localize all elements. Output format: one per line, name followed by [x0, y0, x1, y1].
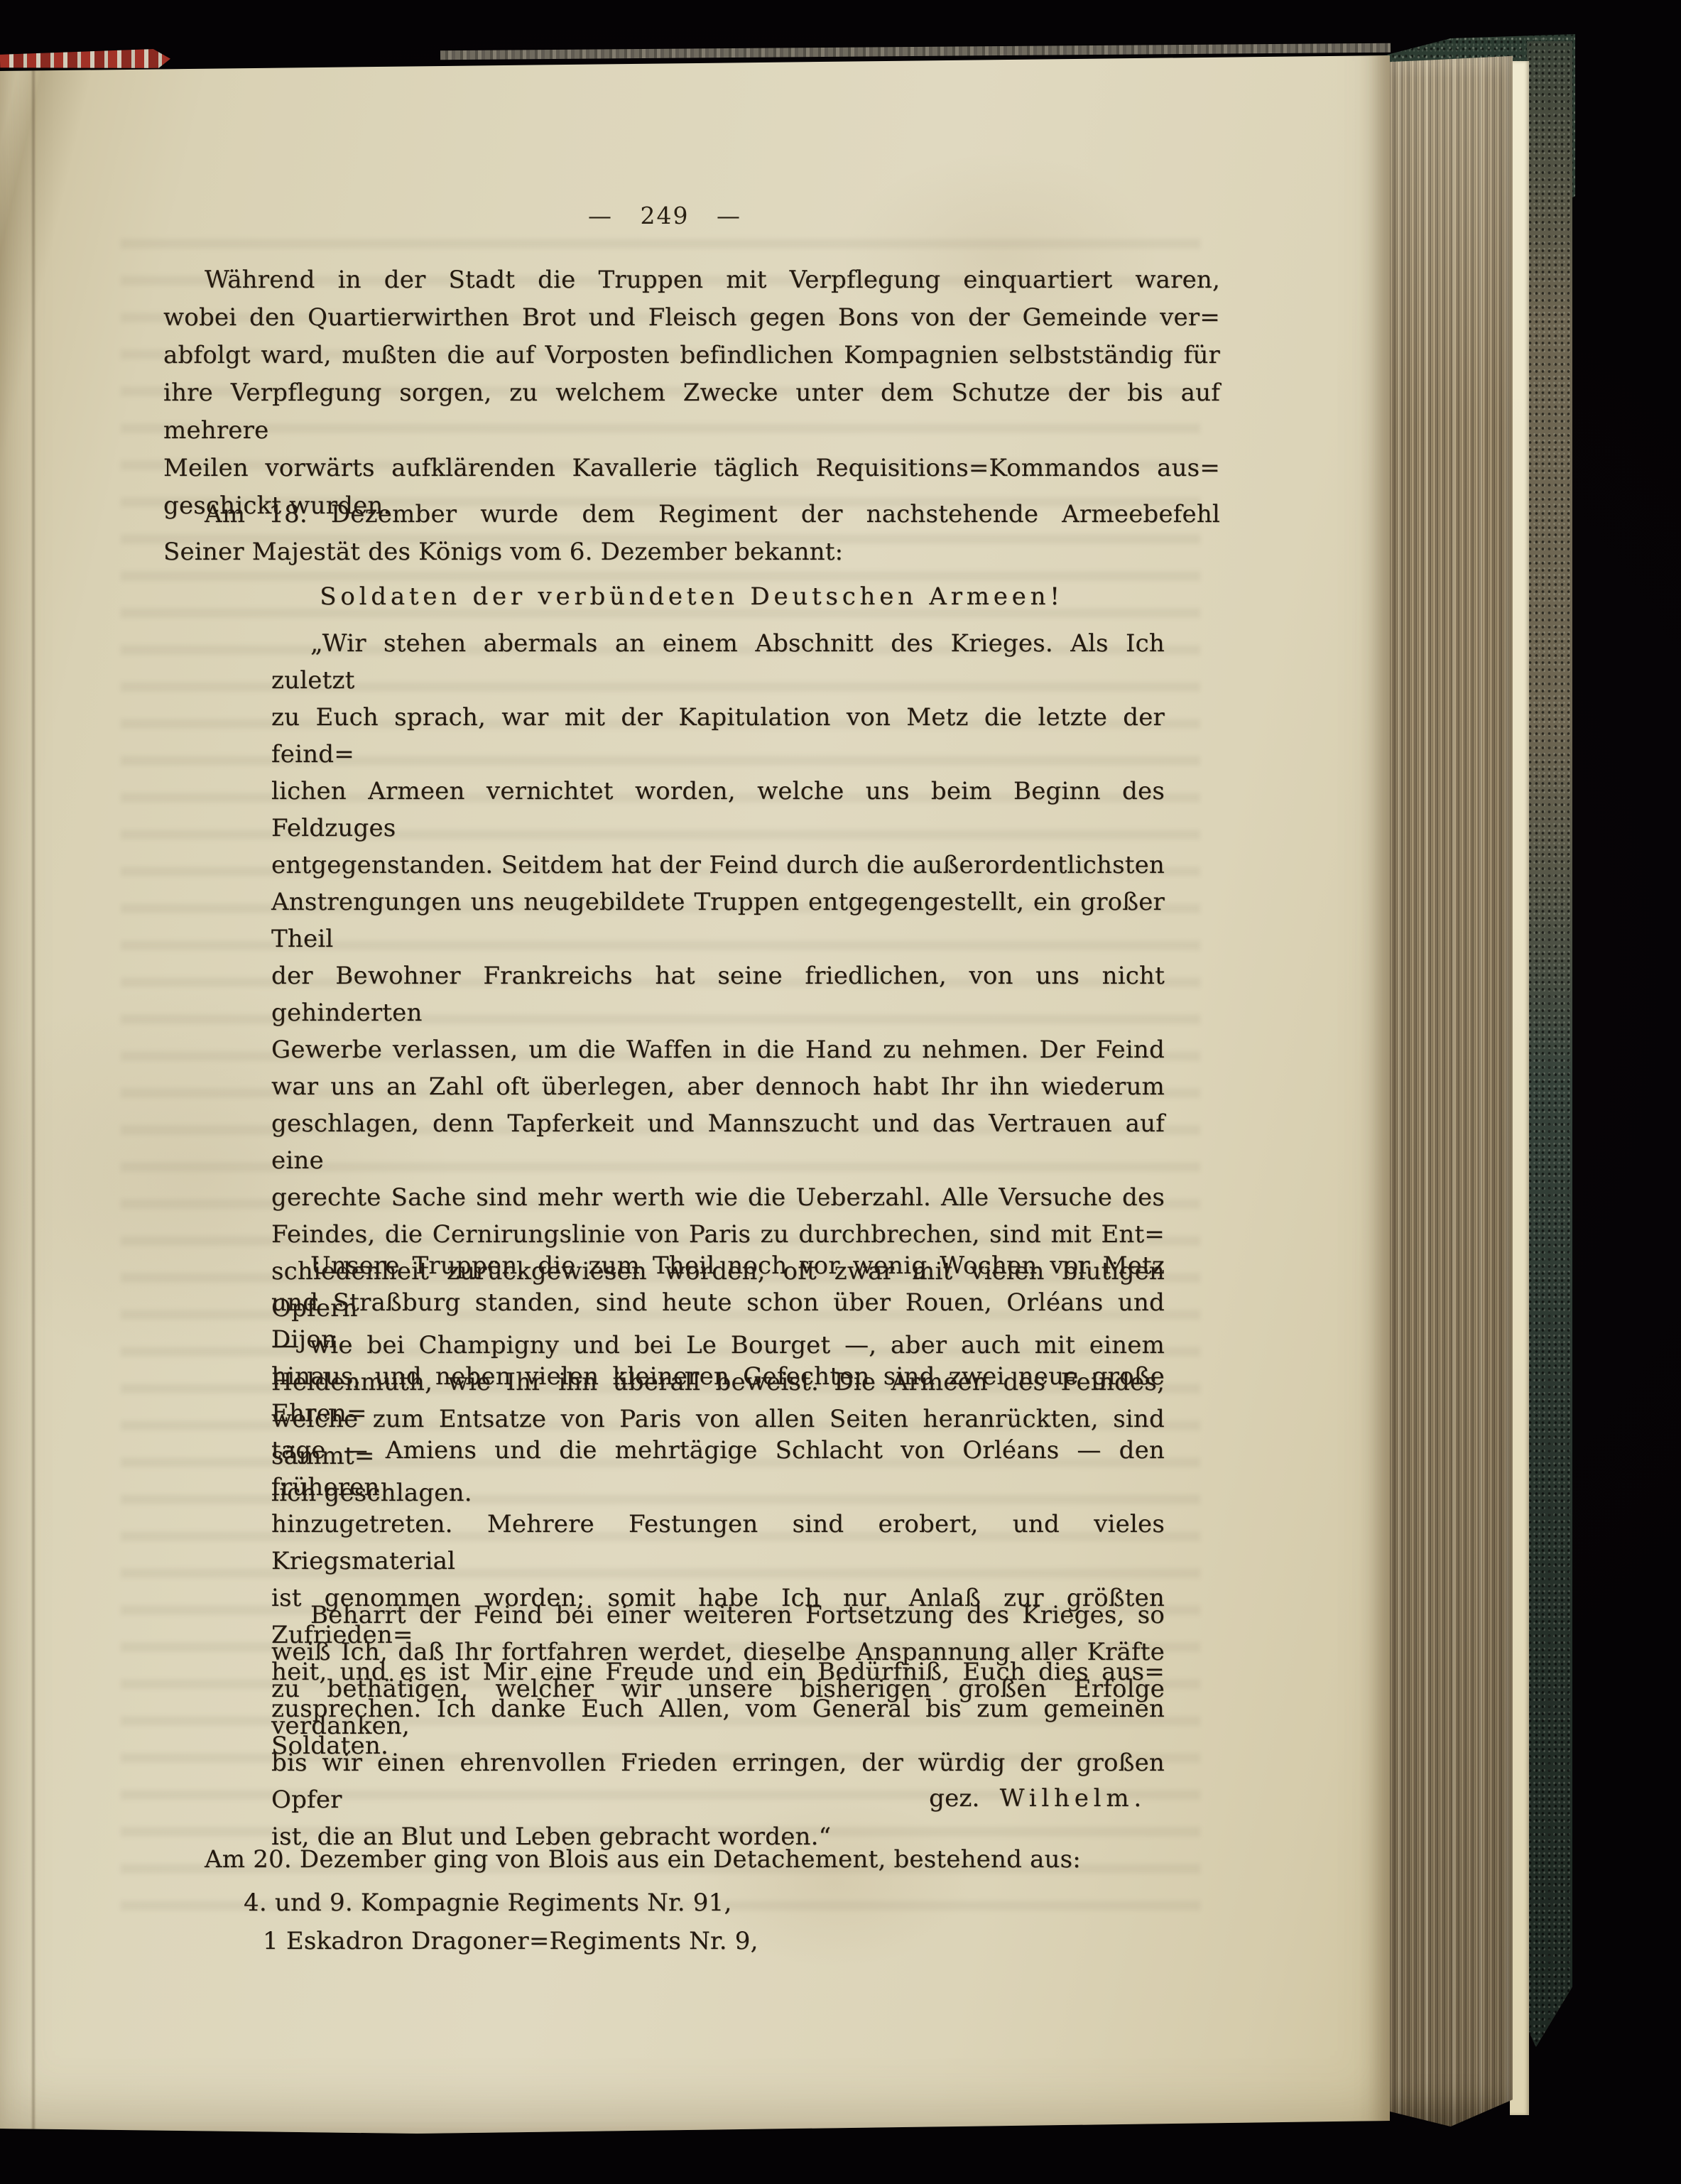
army-order-heading: Soldaten der verbündeten Deutschen Armee…: [163, 582, 1220, 611]
text-column: Während in der Stadt die Truppen mit Ver…: [163, 0, 1220, 2139]
text-line: Meilen vorwärts aufklärenden Kavallerie …: [163, 450, 1220, 487]
text-line: Anstrengungen uns neugebildete Truppen e…: [271, 884, 1165, 957]
text-line: gerechte Sache sind mehr werth wie die U…: [271, 1179, 1165, 1216]
text-line: Am 18. Dezember wurde dem Regiment der n…: [163, 496, 1220, 533]
text-line: zu bethätigen, welcher wir unsere bisher…: [271, 1670, 1165, 1744]
text-line: Beharrt der Feind bei einer weiteren For…: [271, 1597, 1165, 1634]
signature-line: gez.Wilhelm.: [271, 1784, 1165, 1813]
signature-prefix: gez.: [929, 1784, 979, 1813]
paragraph-quartering: Während in der Stadt die Truppen mit Ver…: [163, 261, 1220, 525]
text-line: hinzugetreten. Mehrere Festungen sind er…: [271, 1506, 1165, 1580]
text-line: war uns an Zahl oft überlegen, aber denn…: [271, 1068, 1165, 1105]
text-line: wobei den Quartierwirthen Brot und Fleis…: [163, 299, 1220, 337]
paragraph-army-order-intro: Am 18. Dezember wurde dem Regiment der n…: [163, 496, 1220, 571]
text-line: Seiner Majestät des Königs vom 6. Dezemb…: [163, 533, 1220, 571]
text-line: weiß Ich, daß Ihr fortfahren werdet, die…: [271, 1634, 1165, 1670]
text-line: abfolgt ward, mußten die auf Vorposten b…: [163, 337, 1220, 374]
detachment-list: 4. und 9. Kompagnie Regiments Nr. 91,1 E…: [163, 1884, 1220, 1960]
fore-edge-page-stack: [1383, 54, 1513, 2126]
endpaper-edge: [1510, 61, 1529, 2115]
text-line: ihre Verpflegung sorgen, zu welchem Zwec…: [163, 374, 1220, 450]
book-page: — 249 — Während in der Stadt die Truppen…: [0, 0, 1390, 2139]
book-cover-edge: [1527, 41, 1572, 2047]
text-line: entgegenstanden. Seitdem hat der Feind d…: [271, 847, 1165, 884]
text-line: und Straßburg standen, sind heute schon …: [271, 1284, 1165, 1358]
text-line: Während in der Stadt die Truppen mit Ver…: [163, 261, 1220, 299]
text-line: „Wir stehen abermals an einem Abschnitt …: [271, 625, 1165, 699]
text-line: lichen Armeen vernichtet worden, welche …: [271, 773, 1165, 847]
text-line: tage — Amiens und die mehrtägige Schlach…: [271, 1432, 1165, 1506]
book-photo: — 249 — Während in der Stadt die Truppen…: [0, 0, 1681, 2184]
text-line: geschlagen, denn Tapferkeit und Mannszuc…: [271, 1105, 1165, 1179]
text-line: der Bewohner Frankreichs hat seine fried…: [271, 957, 1165, 1031]
text-line: hinaus, und neben vielen kleineren Gefec…: [271, 1358, 1165, 1432]
text-line: 1 Eskadron Dragoner=Regiments Nr. 9,: [263, 1922, 1220, 1960]
signature-name: Wilhelm.: [1000, 1784, 1146, 1813]
paragraph-detachment-intro: Am 20. Dezember ging von Blois aus ein D…: [163, 1841, 1220, 1879]
text-line: 4. und 9. Kompagnie Regiments Nr. 91,: [244, 1884, 1220, 1922]
text-line: Am 20. Dezember ging von Blois aus ein D…: [163, 1841, 1220, 1879]
text-line: Gewerbe verlassen, um die Waffen in die …: [271, 1031, 1165, 1068]
text-line: Unsere Truppen, die zum Theil noch vor w…: [271, 1247, 1165, 1284]
headband: [0, 49, 170, 70]
text-line: zu Euch sprach, war mit der Kapitulation…: [271, 699, 1165, 773]
quote-paragraph-3: Beharrt der Feind bei einer weiteren For…: [271, 1597, 1165, 1855]
